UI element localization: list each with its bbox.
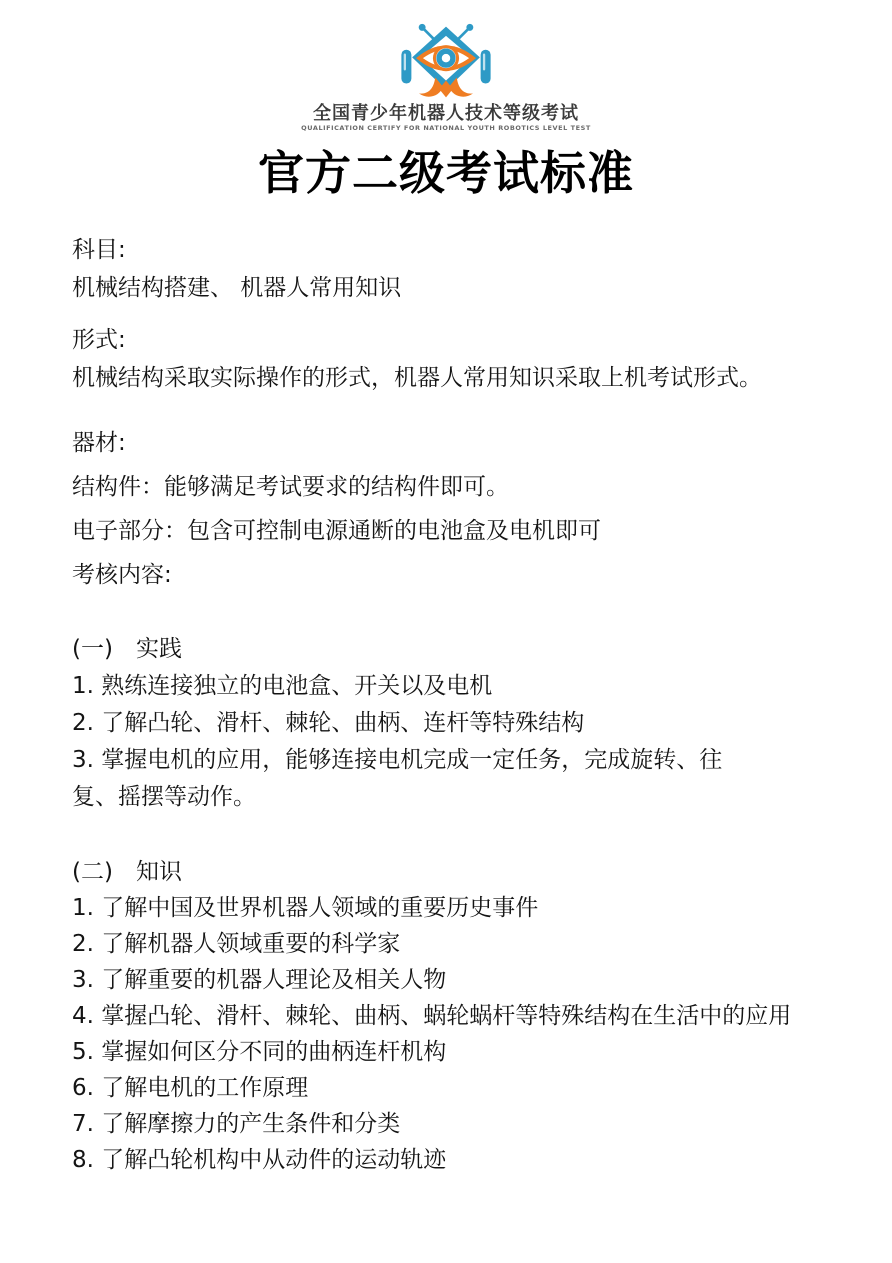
practice-item: 1. 熟练连接独立的电池盒、开关以及电机 <box>72 668 852 705</box>
knowledge-item: 2. 了解机器人领域重要的科学家 <box>72 926 852 962</box>
document-content: 科目: 机械结构搭建、 机器人常用知识 形式: 机械结构采取实际操作的形式，机器… <box>0 231 892 1178</box>
knowledge-item: 4. 掌握凸轮、滑杆、棘轮、曲柄、蜗轮蜗杆等特殊结构在生活中的应用 <box>72 998 852 1034</box>
logo-english-subtitle: QUALIFICATION CERTIFY FOR NATIONAL YOUTH… <box>0 124 892 133</box>
knowledge-item: 1. 了解中国及世界机器人领域的重要历史事件 <box>72 890 852 926</box>
practice-item-continuation: 复、摇摆等动作。 <box>72 779 852 816</box>
page-title: 官方二级考试标准 <box>0 145 892 201</box>
practice-section-heading: (一) 实践 <box>72 631 852 668</box>
practice-item: 3. 掌握电机的应用，能够连接电机完成一定任务，完成旋转、往 <box>72 742 852 779</box>
knowledge-item: 3. 了解重要的机器人理论及相关人物 <box>72 962 852 998</box>
subject-value: 机械结构搭建、 机器人常用知识 <box>72 269 852 307</box>
knowledge-item: 5. 掌握如何区分不同的曲柄连杆机构 <box>72 1034 852 1070</box>
format-value: 机械结构采取实际操作的形式，机器人常用知识采取上机考试形式。 <box>72 359 852 397</box>
knowledge-item: 7. 了解摩擦力的产生条件和分类 <box>72 1106 852 1142</box>
subject-label: 科目: <box>72 231 852 269</box>
knowledge-item: 6. 了解电机的工作原理 <box>72 1070 852 1106</box>
assessment-content-label: 考核内容: <box>72 553 852 597</box>
document-page: 全国青少年机器人技术等级考试 QUALIFICATION CERTIFY FOR… <box>0 0 892 1263</box>
knowledge-section-heading: (二) 知识 <box>72 854 852 890</box>
practice-item: 2. 了解凸轮、滑杆、棘轮、曲柄、连杆等特殊结构 <box>72 705 852 742</box>
equipment-structural-parts: 结构件：能够满足考试要求的结构件即可。 <box>72 465 852 509</box>
knowledge-item: 8. 了解凸轮机构中从动件的运动轨迹 <box>72 1142 852 1178</box>
equipment-label: 器材: <box>72 421 852 465</box>
logo-chinese-title: 全国青少年机器人技术等级考试 <box>0 104 892 124</box>
equipment-electronic-parts: 电子部分：包含可控制电源通断的电池盒及电机即可 <box>72 509 852 553</box>
robot-logo-icon <box>387 22 505 102</box>
logo-block: 全国青少年机器人技术等级考试 QUALIFICATION CERTIFY FOR… <box>0 0 892 133</box>
format-label: 形式: <box>72 321 852 359</box>
